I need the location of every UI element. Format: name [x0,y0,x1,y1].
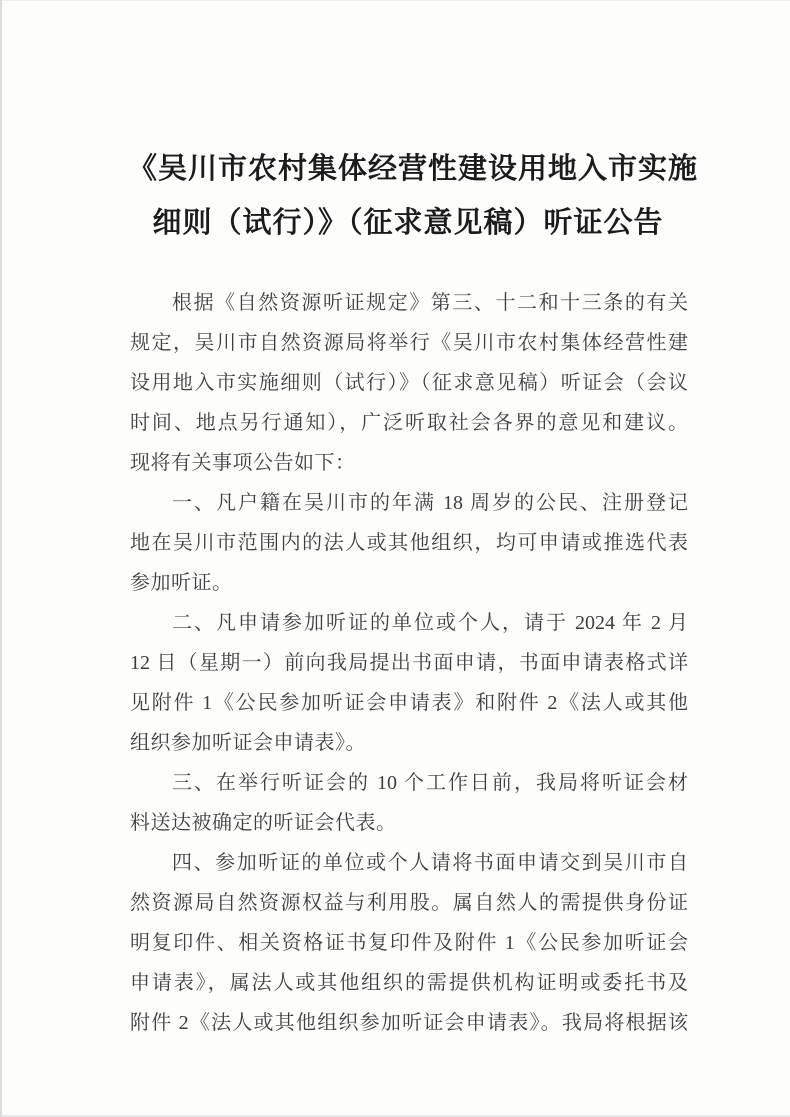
body-line: 现将有关事项公告如下： [130,443,688,483]
body-line: 规定，吴川市自然资源局将举行《吴川市农村集体经营性建 [130,323,688,363]
body-line: 12 日（星期一）前向我局提出书面申请，书面申请表格式详 [130,643,688,683]
body-line: 申请表》，属法人或其他组织的需提供机构证明或委托书及 [130,963,688,1003]
body-line: 参加听证。 [130,563,688,603]
body-line: 时间、地点另行通知），广泛听取社会各界的意见和建议。 [130,403,688,443]
scanned-document-page: 《吴川市农村集体经营性建设用地入市实施 细则（试行）》（征求意见稿）听证公告 根… [0,0,790,1117]
body-line: 组织参加听证会申请表》。 [130,723,688,763]
body-line: 二、凡申请参加听证的单位或个人，请于 2024 年 2 月 [130,603,688,643]
body-line: 四、参加听证的单位或个人请将书面申请交到吴川市自 [130,843,688,883]
body-line: 地在吴川市范围内的法人或其他组织，均可申请或推选代表 [130,523,688,563]
document-title-line-1: 《吴川市农村集体经营性建设用地入市实施 [128,142,688,196]
body-line: 设用地入市实施细则（试行）》（征求意见稿）听证会（会议 [130,363,688,403]
body-line: 三、在举行听证会的 10 个工作日前，我局将听证会材 [130,763,688,803]
body-line: 附件 2《法人或其他组织参加听证会申请表》。我局将根据该 [130,1003,688,1043]
body-line: 料送达被确定的听证会代表。 [130,803,688,843]
document-title-line-2: 细则（试行）》（征求意见稿）听证公告 [128,196,688,250]
body-line: 一、凡户籍在吴川市的年满 18 周岁的公民、注册登记 [130,483,688,523]
body-line: 根据《自然资源听证规定》第三、十二和十三条的有关 [130,283,688,323]
document-body: 根据《自然资源听证规定》第三、十二和十三条的有关规定，吴川市自然资源局将举行《吴… [130,283,688,1043]
body-line: 然资源局自然资源权益与利用股。属自然人的需提供身份证 [130,883,688,923]
document-title: 《吴川市农村集体经营性建设用地入市实施 细则（试行）》（征求意见稿）听证公告 [128,142,688,250]
body-line: 明复印件、相关资格证书复印件及附件 1《公民参加听证会 [130,923,688,963]
body-line: 见附件 1《公民参加听证会申请表》和附件 2《法人或其他 [130,683,688,723]
